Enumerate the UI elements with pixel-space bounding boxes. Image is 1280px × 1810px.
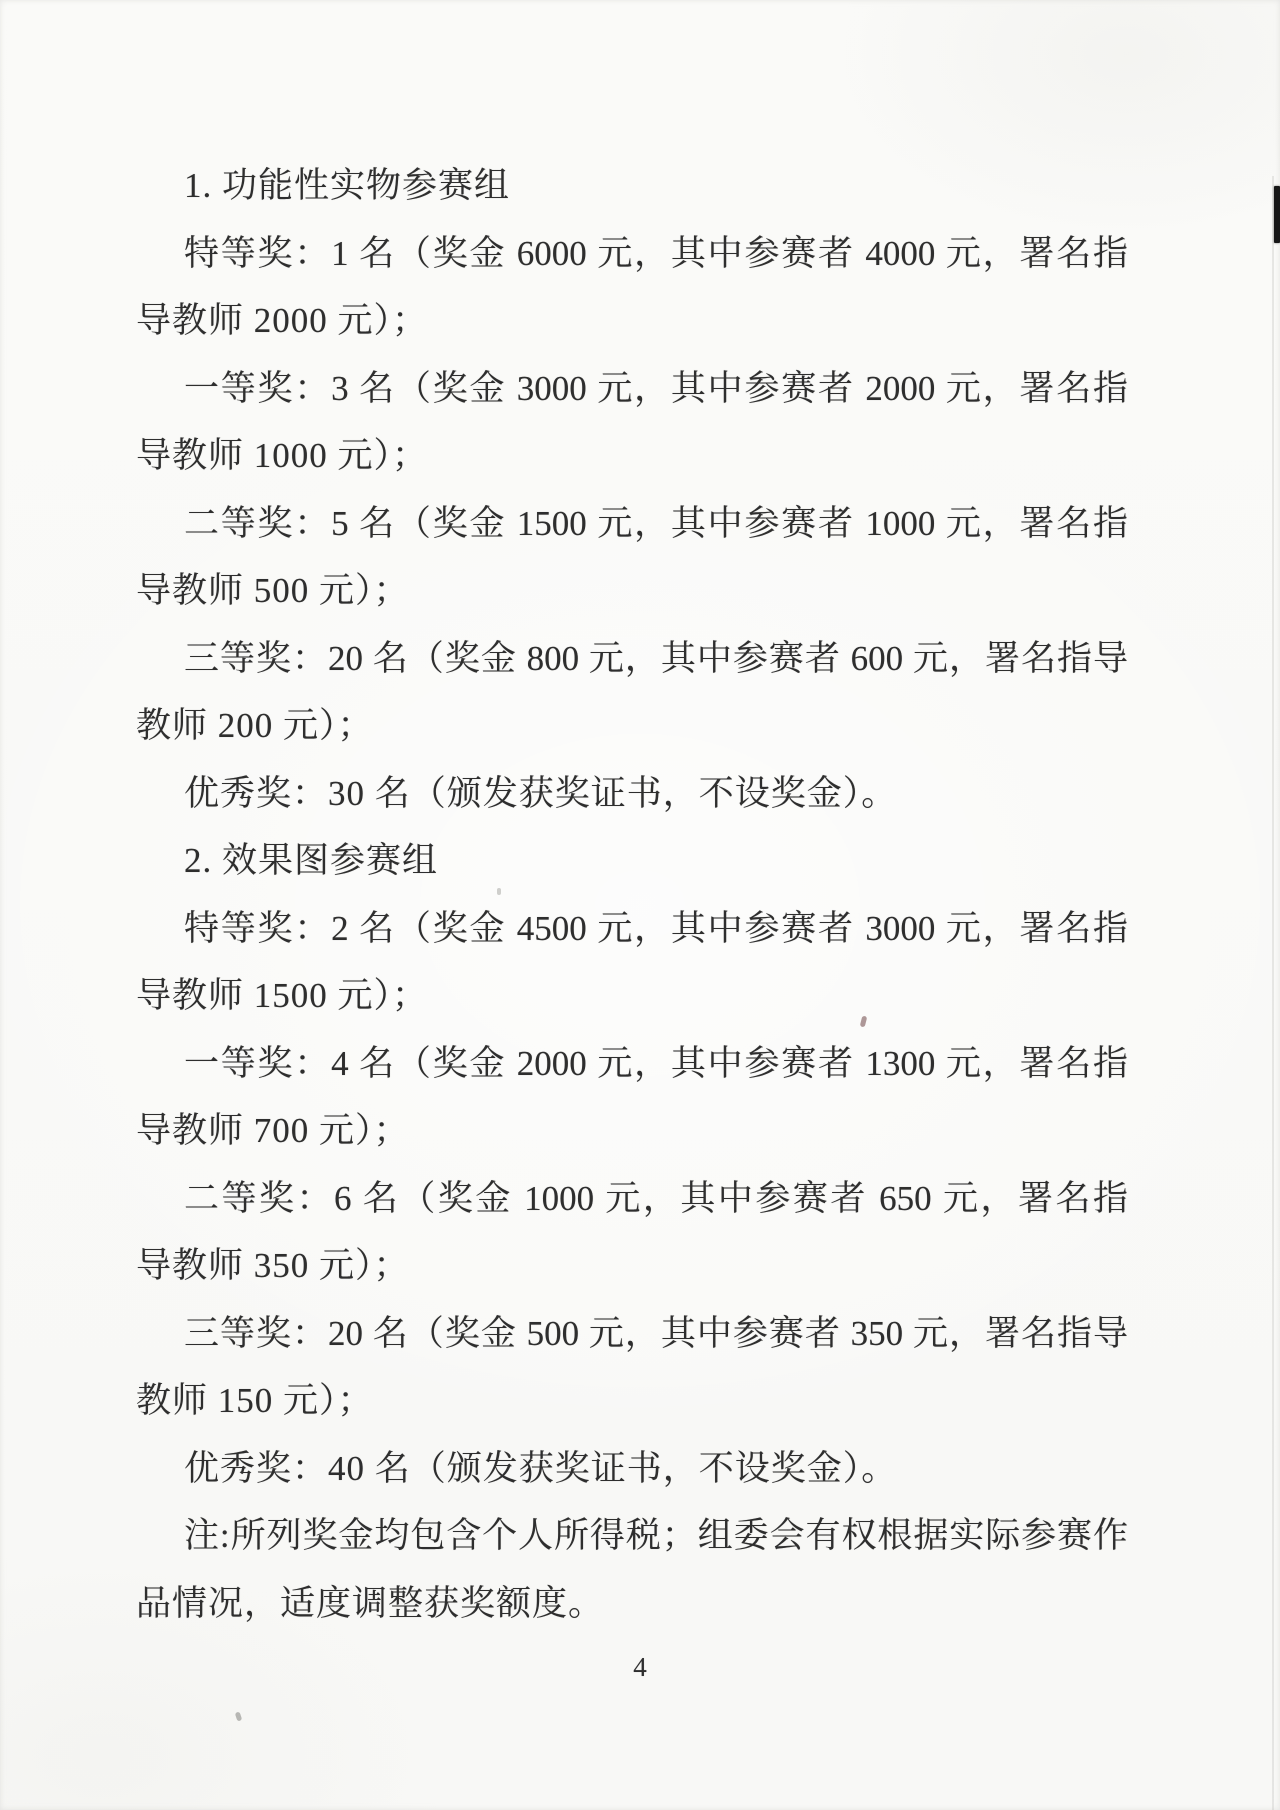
text-line: 导教师 700 元）；	[136, 1097, 1128, 1165]
text-line: 三等奖：20 名（奖金 800 元，其中参赛者 600 元，署名指导	[136, 625, 1128, 693]
section-2-heading: 2. 效果图参赛组	[136, 827, 1128, 895]
scanned-document-page: 1. 功能性实物参赛组 特等奖：1 名（奖金 6000 元，其中参赛者 4000…	[0, 0, 1280, 1810]
text-line: 导教师 2000 元）；	[136, 287, 1128, 355]
text-line: 导教师 500 元）；	[136, 557, 1128, 625]
text-line: 三等奖：20 名（奖金 500 元，其中参赛者 350 元，署名指导	[136, 1300, 1128, 1368]
text-line: 导教师 350 元）；	[136, 1232, 1128, 1300]
text-line: 特等奖：2 名（奖金 4500 元，其中参赛者 3000 元，署名指	[136, 895, 1128, 963]
text-line: 特等奖：1 名（奖金 6000 元，其中参赛者 4000 元，署名指	[136, 220, 1128, 288]
section-1-heading: 1. 功能性实物参赛组	[136, 152, 1128, 220]
text-line: 导教师 1500 元）；	[136, 962, 1128, 1030]
text-line: 优秀奖：40 名（颁发获奖证书，不设奖金）。	[136, 1435, 1128, 1503]
text-line: 导教师 1000 元）；	[136, 422, 1128, 490]
text-line: 一等奖：3 名（奖金 3000 元，其中参赛者 2000 元，署名指	[136, 355, 1128, 423]
scan-edge-mark	[1274, 186, 1280, 243]
text-line: 教师 200 元）；	[136, 692, 1128, 760]
document-text-block: 1. 功能性实物参赛组 特等奖：1 名（奖金 6000 元，其中参赛者 4000…	[136, 152, 1128, 1637]
page-number: 4	[0, 1652, 1280, 1683]
text-line: 教师 150 元）；	[136, 1367, 1128, 1435]
text-line: 优秀奖：30 名（颁发获奖证书，不设奖金）。	[136, 760, 1128, 828]
text-line: 二等奖：5 名（奖金 1500 元，其中参赛者 1000 元，署名指	[136, 490, 1128, 558]
note-line: 注:所列奖金均包含个人所得税；组委会有权根据实际参赛作	[136, 1502, 1128, 1570]
scan-speck	[497, 888, 501, 895]
text-line: 一等奖：4 名（奖金 2000 元，其中参赛者 1300 元，署名指	[136, 1030, 1128, 1098]
scan-edge-line	[1272, 176, 1274, 1810]
scan-speck	[235, 1711, 243, 1721]
note-line: 品情况，适度调整获奖额度。	[136, 1570, 1128, 1638]
text-line: 二等奖：6 名（奖金 1000 元，其中参赛者 650 元，署名指	[136, 1165, 1128, 1233]
